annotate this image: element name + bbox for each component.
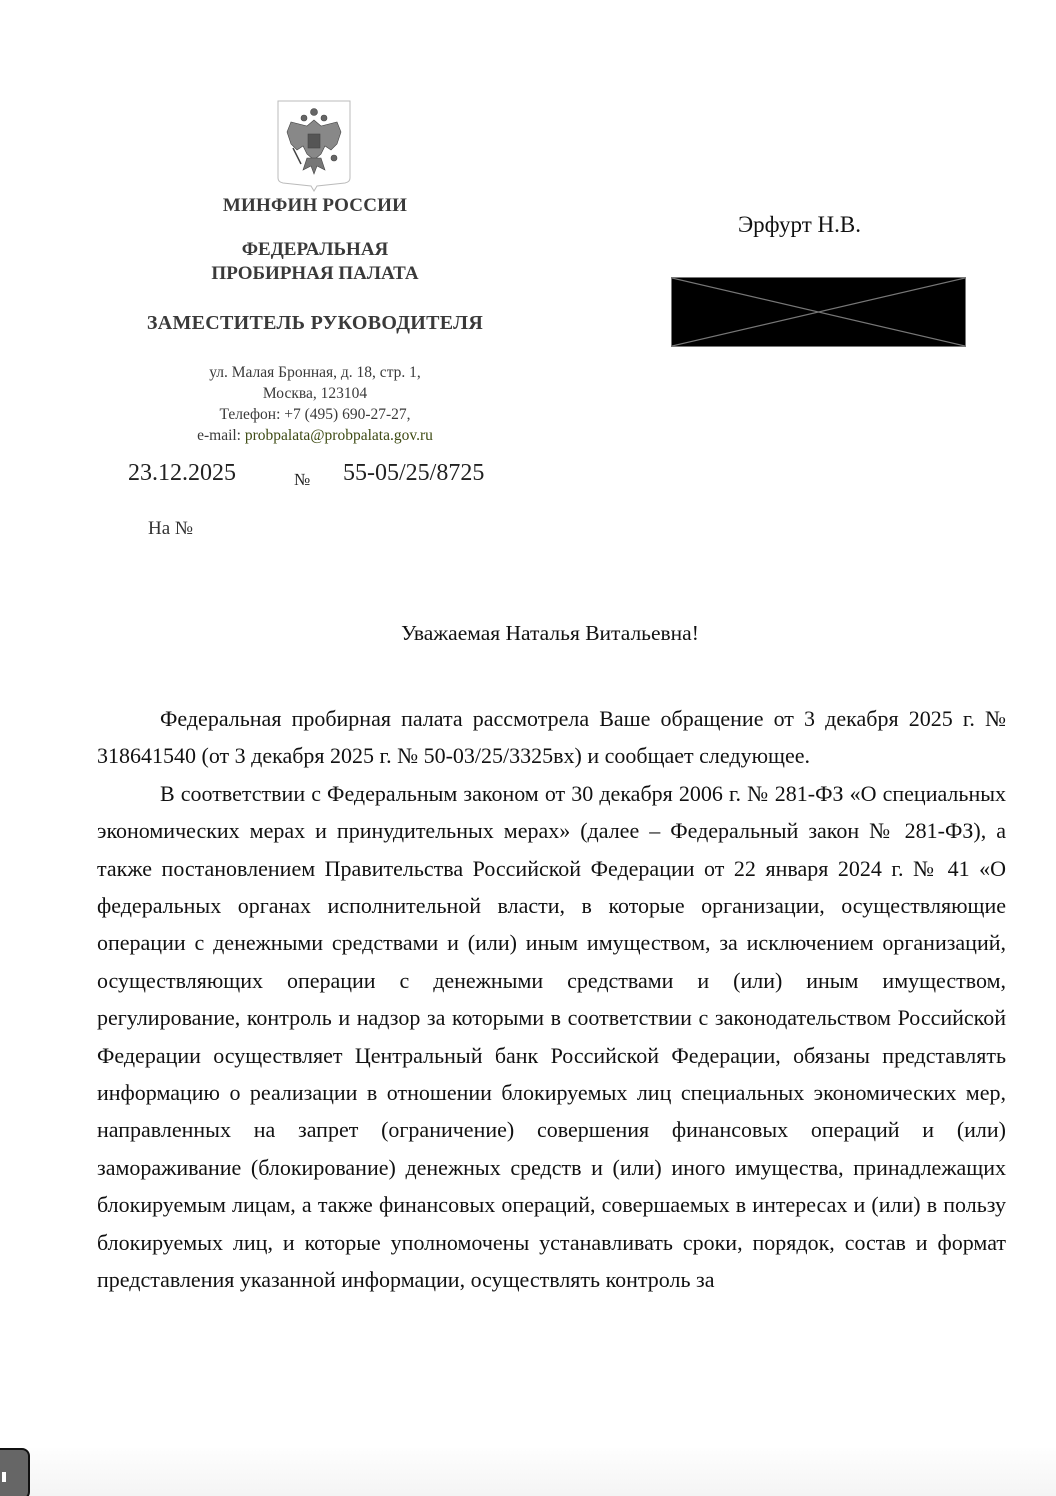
tab-marker-icon (2, 1472, 6, 1482)
email-label: e-mail: (197, 427, 245, 444)
email-link[interactable]: probpalata@probpalata.gov.ru (245, 427, 433, 444)
ministry-name: МИНФИН РОССИИ (100, 195, 530, 217)
body-paragraph-1: Федеральная пробирная палата рассмотрела… (97, 700, 1006, 775)
agency-name-line1: ФЕДЕРАЛЬНАЯ (100, 238, 530, 262)
salutation: Уважаемая Наталья Витальевна! (0, 621, 1056, 646)
reference-label: На № (148, 518, 193, 540)
agency-name-line2: ПРОБИРНАЯ ПАЛАТА (100, 262, 530, 286)
salutation-text: Уважаемая Наталья Витальевна! (401, 621, 699, 646)
registration-number: 55-05/25/8725 (343, 460, 484, 487)
body-paragraph-2: В соответствии с Федеральным законом от … (97, 775, 1006, 1299)
phone-line: Телефон: +7 (495) 690-27-27, (100, 404, 530, 425)
addressee-name: Эрфурт Н.В. (738, 212, 861, 238)
document-page: МИНФИН РОССИИ ФЕДЕРАЛЬНАЯ ПРОБИРНАЯ ПАЛА… (0, 0, 1056, 1496)
agency-name: ФЕДЕРАЛЬНАЯ ПРОБИРНАЯ ПАЛАТА (100, 238, 530, 286)
redacted-block (671, 277, 966, 347)
registration-date: 23.12.2025 (128, 460, 236, 487)
sidebar-toggle-tab[interactable] (0, 1448, 30, 1496)
number-sign: № (294, 470, 310, 490)
viewer-bottom-bar (0, 1448, 1056, 1496)
coat-of-arms-icon (277, 100, 351, 192)
contact-block: ул. Малая Бронная, д. 18, стр. 1, Москва… (100, 362, 530, 446)
address-line2: Москва, 123104 (100, 383, 530, 404)
address-line1: ул. Малая Бронная, д. 18, стр. 1, (100, 362, 530, 383)
email-line: e-mail: probpalata@probpalata.gov.ru (100, 425, 530, 446)
letter-body: Федеральная пробирная палата рассмотрела… (97, 700, 1006, 1299)
signatory-position: ЗАМЕСТИТЕЛЬ РУКОВОДИТЕЛЯ (100, 312, 530, 335)
